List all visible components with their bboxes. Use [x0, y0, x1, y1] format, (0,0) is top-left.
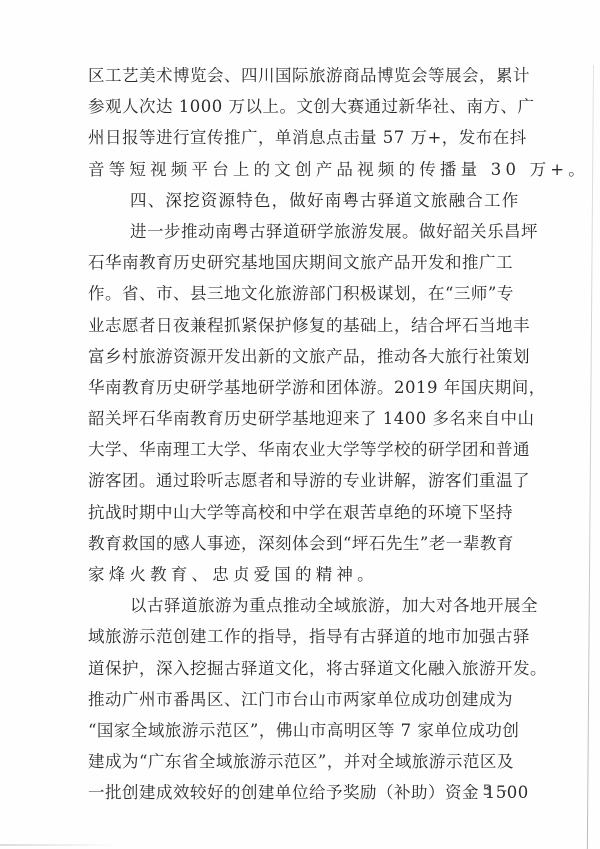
text-line: 华南教育历史研学基地研学游和团体游。2019 年国庆期间， — [88, 372, 510, 403]
text-line: 教育救国的感人事迹，深刻体会到“坪石先生”老一辈教育 — [88, 528, 510, 559]
text-line: 游客团。通过聆听志愿者和导游的专业讲解，游客们重温了 — [88, 465, 510, 496]
page-number: - 5 - — [462, 783, 510, 799]
text-line: 大学、华南理工大学、华南农业大学等学校的研学团和普通 — [88, 434, 510, 465]
text-line: 韶关坪石华南教育历史研学基地迎来了 1400 多名来自中山 — [88, 403, 510, 434]
text-line: 州日报等进行宣传推广，单消息点击量 57 万+，发布在抖 — [88, 122, 510, 153]
text-line: 富乡村旅游资源开发出新的文旅产品，推动各大旅行社策划 — [88, 341, 510, 372]
text-line: 域旅游示范创建工作的指导，指导有古驿道的地市加强古驿 — [88, 621, 510, 652]
text-line: 石华南教育历史研究基地国庆期间文旅产品开发和推广工 — [88, 247, 510, 278]
text-line: 抗战时期中山大学等高校和中学在艰苦卓绝的环境下坚持 — [88, 497, 510, 528]
document-page: 区工艺美术博览会、四川国际旅游商品博览会等展会，累计 参观人次达 1000 万以… — [0, 0, 600, 849]
text-line: 道保护，深入挖掘古驿道文化，将古驿道文化融入旅游开发。 — [88, 653, 510, 684]
section-heading: 四、深挖资源特色，做好南粤古驿道文旅融合工作 — [88, 185, 510, 216]
text-line: 业志愿者日夜兼程抓紧保护修复的基础上，结合坪石当地丰 — [88, 310, 510, 341]
text-line: 参观人次达 1000 万以上。文创大赛通过新华社、南方、广 — [88, 91, 510, 122]
text-line: 建成为“广东省全域旅游示范区”，并对全域旅游示范区及 — [88, 746, 510, 777]
paragraph-start: 进一步推动南粤古驿道研学旅游发展。做好韶关乐昌坪 — [88, 216, 510, 247]
scan-bottom-mark — [0, 844, 120, 846]
paragraph-start: 以古驿道旅游为重点推动全域旅游，加大对各地开展全 — [88, 590, 510, 621]
scan-edge-line — [587, 65, 594, 849]
text-line: 音等短视频平台上的文创产品视频的传播量 30 万+。 — [88, 154, 510, 185]
text-line: 推动广州市番禺区、江门市台山市两家单位成功创建成为 — [88, 684, 510, 715]
text-line: 一批创建成效较好的创建单位给予奖励（补助）资金 1500 — [88, 777, 510, 808]
text-line: “国家全域旅游示范区”，佛山市高明区等 7 家单位成功创 — [88, 715, 510, 746]
body-text: 区工艺美术博览会、四川国际旅游商品博览会等展会，累计 参观人次达 1000 万以… — [88, 60, 510, 809]
text-line: 家烽火教育、忠贞爱国的精神。 — [88, 559, 510, 590]
text-line: 作。省、市、县三地文化旅游部门积极谋划，在“三师”专 — [88, 278, 510, 309]
text-line: 区工艺美术博览会、四川国际旅游商品博览会等展会，累计 — [88, 60, 510, 91]
